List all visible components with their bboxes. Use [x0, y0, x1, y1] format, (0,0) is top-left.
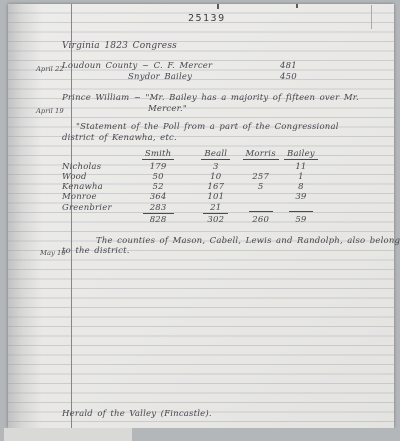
note-line2: to the district.	[62, 246, 130, 256]
total-cell: 828	[126, 215, 190, 226]
document-title: Virginia 1823 Congress	[62, 41, 177, 51]
column-header-morris: Morris	[241, 149, 279, 160]
table-totals-row: 828 302 260 59	[62, 215, 322, 226]
binding-mark	[217, 4, 219, 9]
total-cell: 302	[190, 215, 241, 226]
sum-line	[289, 203, 313, 212]
vote-cell: 39	[280, 192, 322, 203]
vote-value-underlined: 283	[143, 203, 174, 214]
vote-cell: 21	[190, 203, 241, 214]
vote-cell: 101	[190, 192, 241, 203]
margin-date-loudoun: April 22	[36, 64, 64, 74]
table-row-monroe: Monroe 364 101 39	[62, 192, 322, 203]
source-citation: Herald of the Valley (Fincastle).	[62, 409, 212, 419]
vote-cell: 283	[126, 203, 190, 214]
total-cell: 260	[241, 215, 279, 226]
margin-date-prince-william: April 19	[36, 106, 64, 116]
total-cell: 59	[280, 215, 322, 226]
statement-line2: district of Kenawha, etc.	[62, 133, 177, 143]
county-cell: Monroe	[62, 192, 126, 203]
column-header-beall: Beall	[190, 149, 241, 160]
sum-line	[249, 203, 273, 212]
loudoun-vote-bailey: 450	[280, 72, 297, 82]
vote-cell: 364	[126, 192, 190, 203]
statement-line1: "Statement of the Poll from a part of th…	[76, 122, 339, 132]
scanned-ledger-page: 25139 Virginia 1823 Congress April 22 Lo…	[0, 0, 400, 441]
county-column-spacer	[62, 149, 126, 160]
loudoun-entry-line2: Snydor Bailey	[128, 72, 192, 82]
prince-william-line2: Mercer."	[148, 104, 187, 114]
loudoun-vote-mercer: 481	[280, 61, 297, 71]
table-row-greenbrier: Greenbrier 283 21	[62, 203, 322, 214]
binding-mark	[296, 4, 298, 8]
column-header-bailey: Bailey	[280, 149, 322, 160]
poll-table-header: Smith Beall Morris Bailey	[62, 149, 322, 160]
prince-william-line1: Prince William ~ "Mr. Bailey has a major…	[62, 93, 359, 103]
vote-value-underlined: 21	[203, 203, 228, 214]
column-header-smith: Smith	[126, 149, 190, 160]
note-line1: The counties of Mason, Cabell, Lewis and…	[96, 236, 400, 246]
page-number-stamp: 25139	[188, 13, 226, 24]
totals-label-spacer	[62, 215, 126, 226]
vote-cell	[241, 192, 279, 203]
vote-cell	[280, 203, 322, 214]
county-cell: Greenbrier	[62, 203, 126, 214]
next-page-corner	[4, 428, 132, 441]
paper-crease	[371, 5, 372, 29]
vote-cell	[241, 203, 279, 214]
loudoun-entry-line1: Loudoun County ~ C. F. Mercer	[62, 61, 212, 71]
